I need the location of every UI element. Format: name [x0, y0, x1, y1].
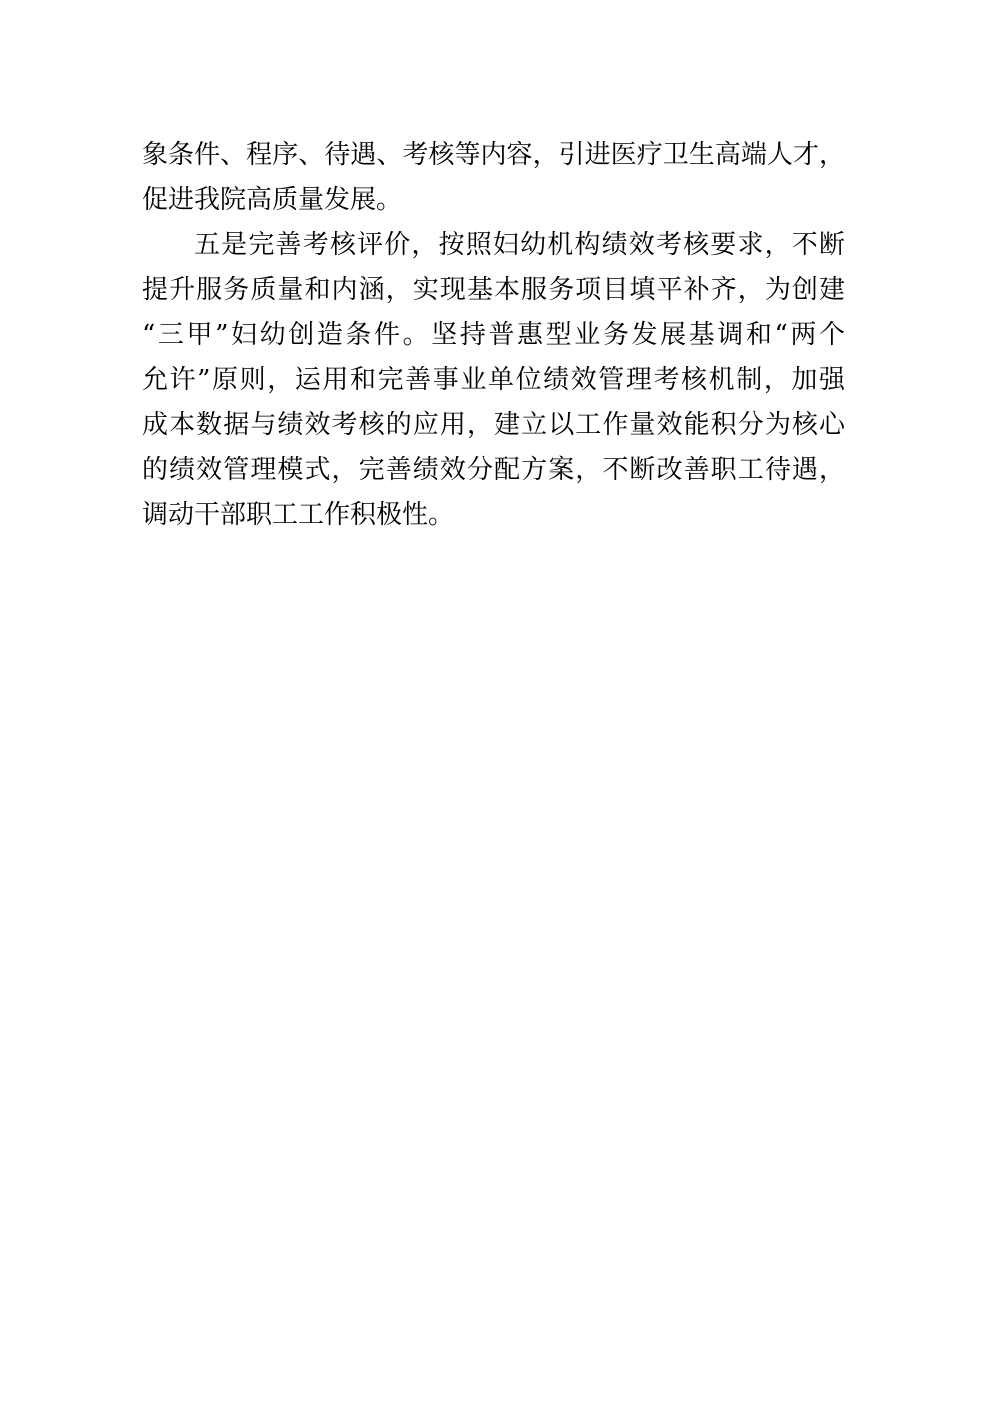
text-block: 象条件、程序、待遇、考核等内容，引进医疗卫生高端人才，促进我院高质量发展。五是完… [142, 133, 845, 538]
text-line: 五是完善考核评价，按照妇幼机构绩效考核要求，不断 [142, 223, 845, 268]
text-line: 允许”原则，运用和完善事业单位绩效管理考核机制，加强 [142, 358, 845, 403]
text-line: 成本数据与绩效考核的应用，建立以工作量效能积分为核心 [142, 403, 845, 448]
text-line: 促进我院高质量发展。 [142, 178, 845, 223]
text-line: 调动干部职工工作积极性。 [142, 493, 845, 538]
text-line: “三甲”妇幼创造条件。坚持普惠型业务发展基调和“两个 [142, 313, 845, 358]
text-line: 的绩效管理模式，完善绩效分配方案，不断改善职工待遇， [142, 448, 845, 493]
document-page: 象条件、程序、待遇、考核等内容，引进医疗卫生高端人才，促进我院高质量发展。五是完… [0, 0, 992, 1403]
text-line: 提升服务质量和内涵，实现基本服务项目填平补齐，为创建 [142, 268, 845, 313]
text-line: 象条件、程序、待遇、考核等内容，引进医疗卫生高端人才， [142, 133, 845, 178]
